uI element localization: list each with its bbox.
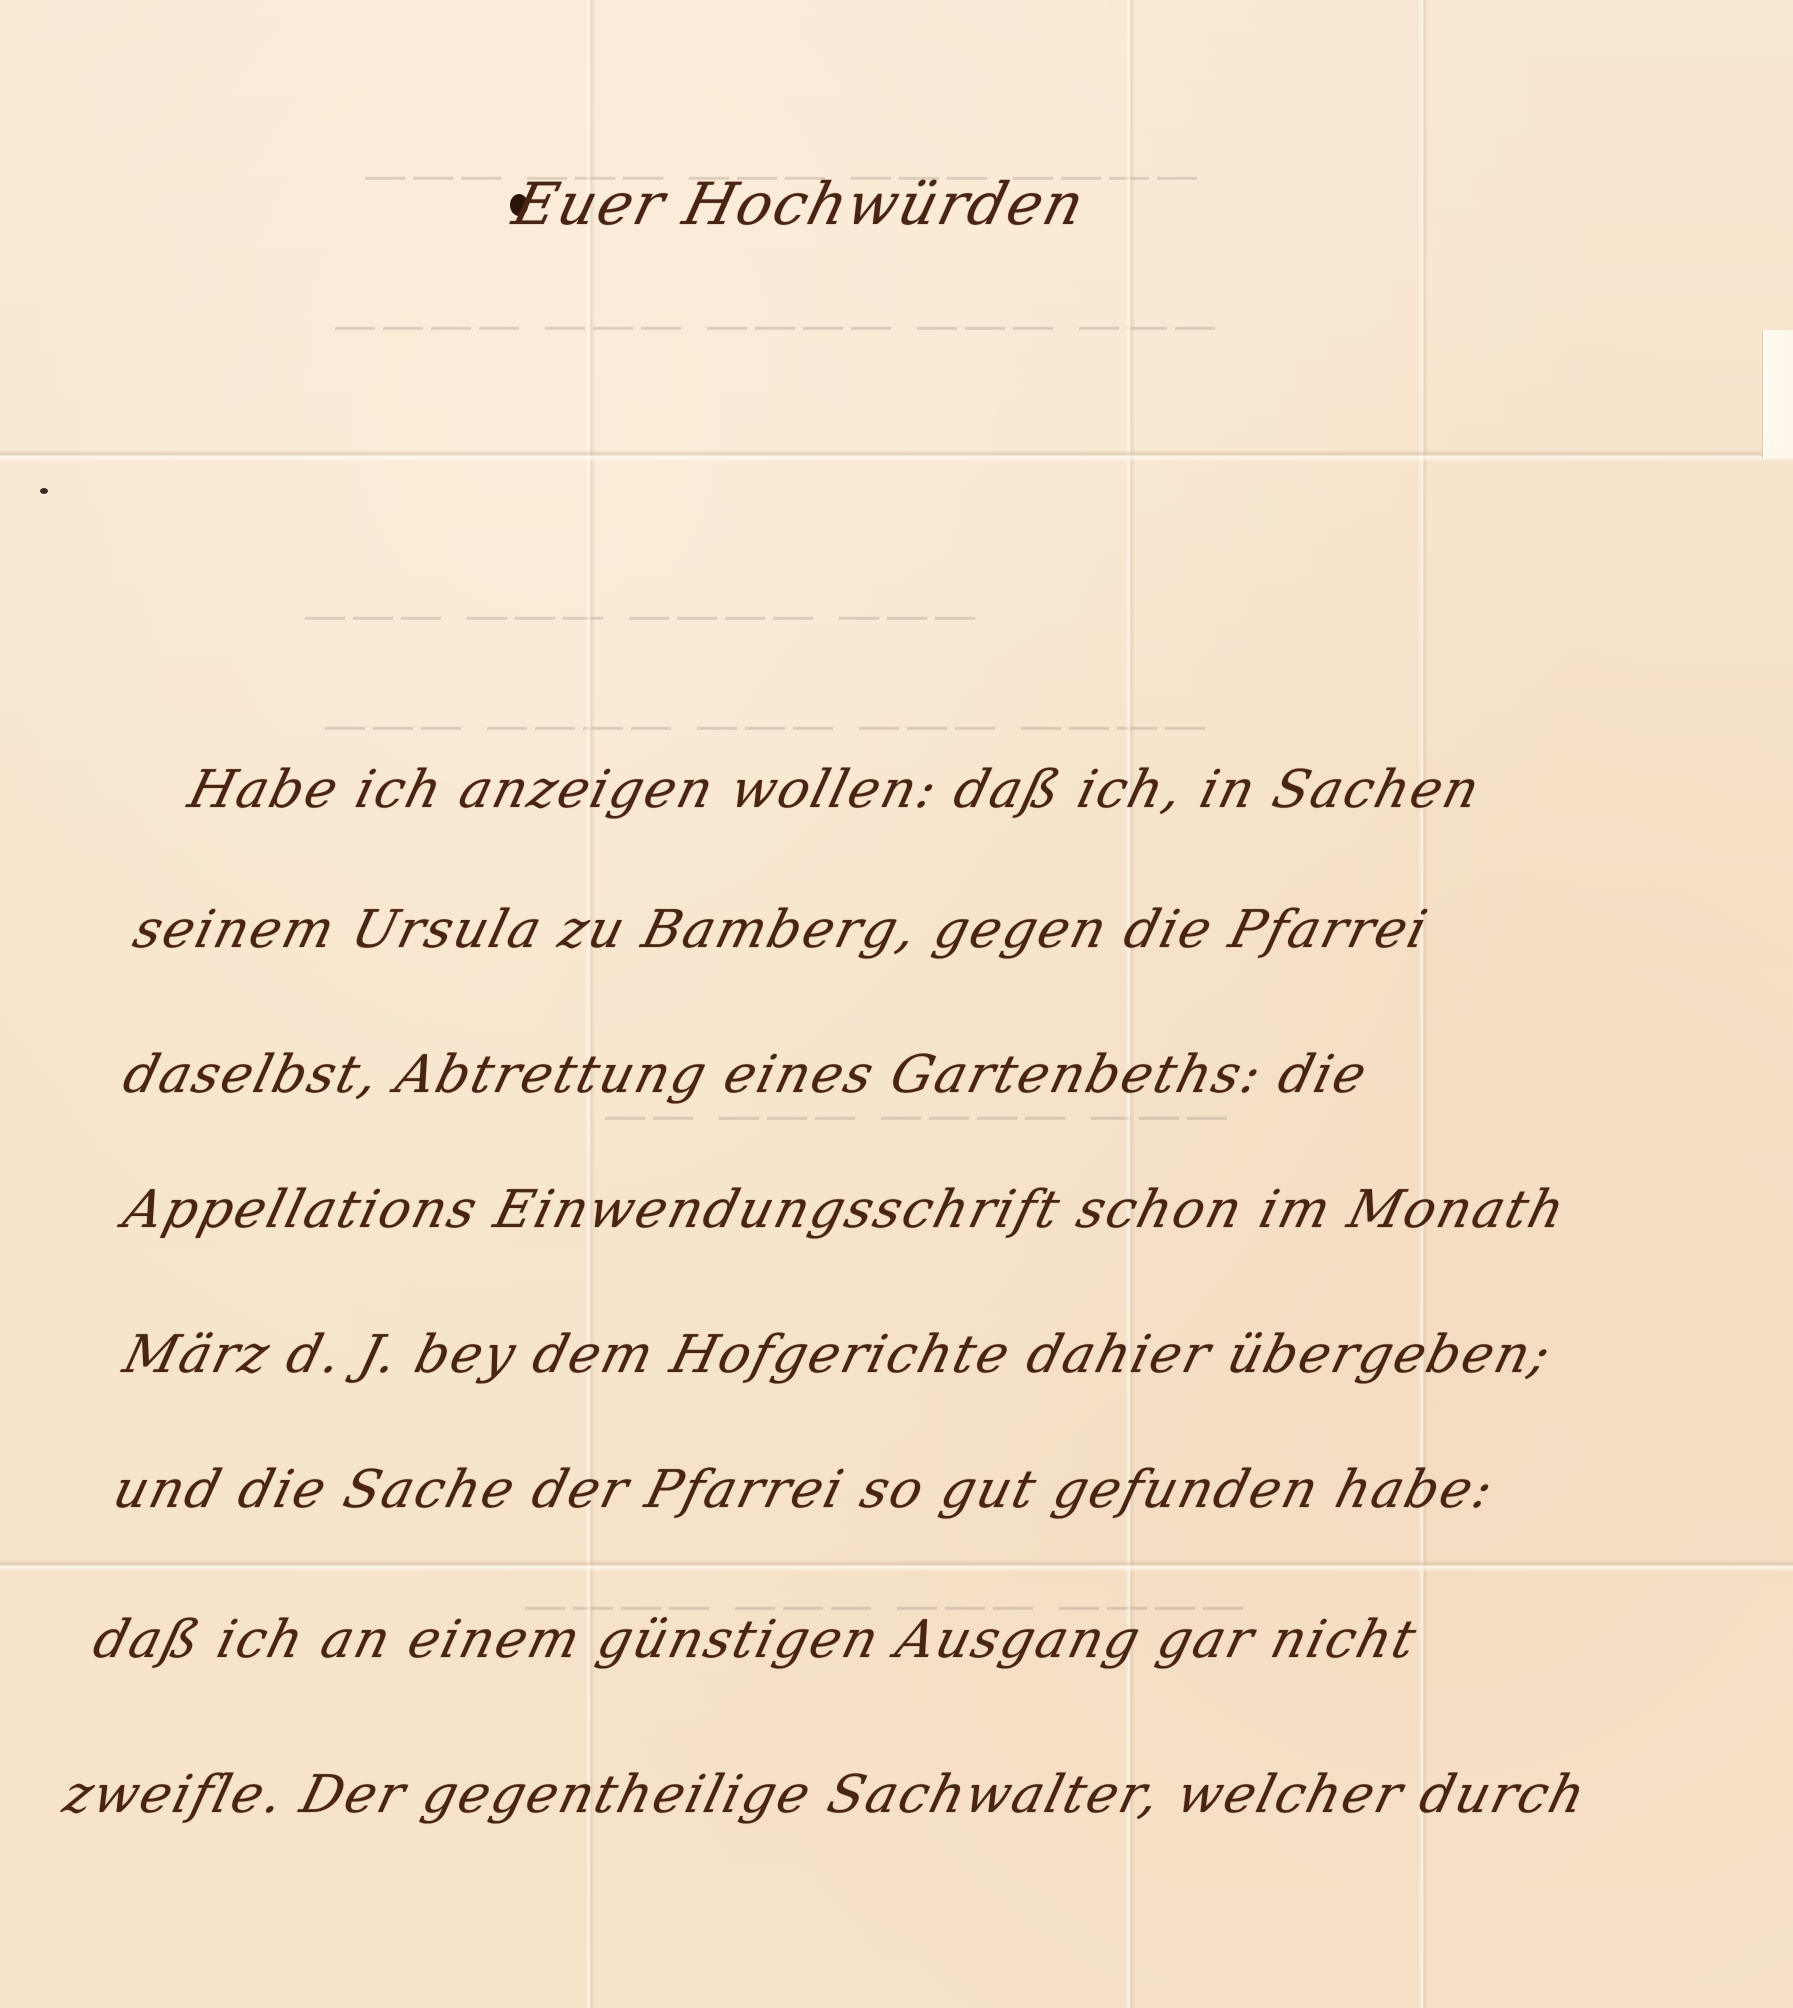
- salutation: Euer Hochwürden: [507, 170, 1093, 238]
- ink-speck: [40, 488, 48, 494]
- bleed-through-text: ——— ——— ———— ——— ————: [322, 300, 1227, 351]
- letter-line-3: daselbst, Abtrettung eines Gartenbeths: …: [118, 1045, 1375, 1105]
- letter-line-2: seinem Ursula zu Bamberg, gegen die Pfar…: [128, 900, 1435, 960]
- letter-line-4: Appellations Einwendungsschrift schon im…: [118, 1180, 1573, 1240]
- letter-line-1: Habe ich anzeigen wollen: daß ich, in Sa…: [183, 760, 1487, 820]
- letter-line-5: März d. J. bey dem Hofgerichte dahier üb…: [118, 1325, 1558, 1385]
- page-edge: [1762, 330, 1793, 458]
- bleed-through-text: ——— ———— ——— ———: [292, 590, 987, 641]
- letter-line-6: und die Sache der Pfarrei so gut gefunde…: [108, 1460, 1501, 1520]
- letter-line-7: daß ich an einem günstigen Ausgang gar n…: [88, 1610, 1424, 1670]
- bleed-through-text: ———— ——— ——— ———— ———: [312, 700, 1217, 751]
- letter-line-8: zweifle. Der gegentheilige Sachwalter, w…: [58, 1765, 1593, 1825]
